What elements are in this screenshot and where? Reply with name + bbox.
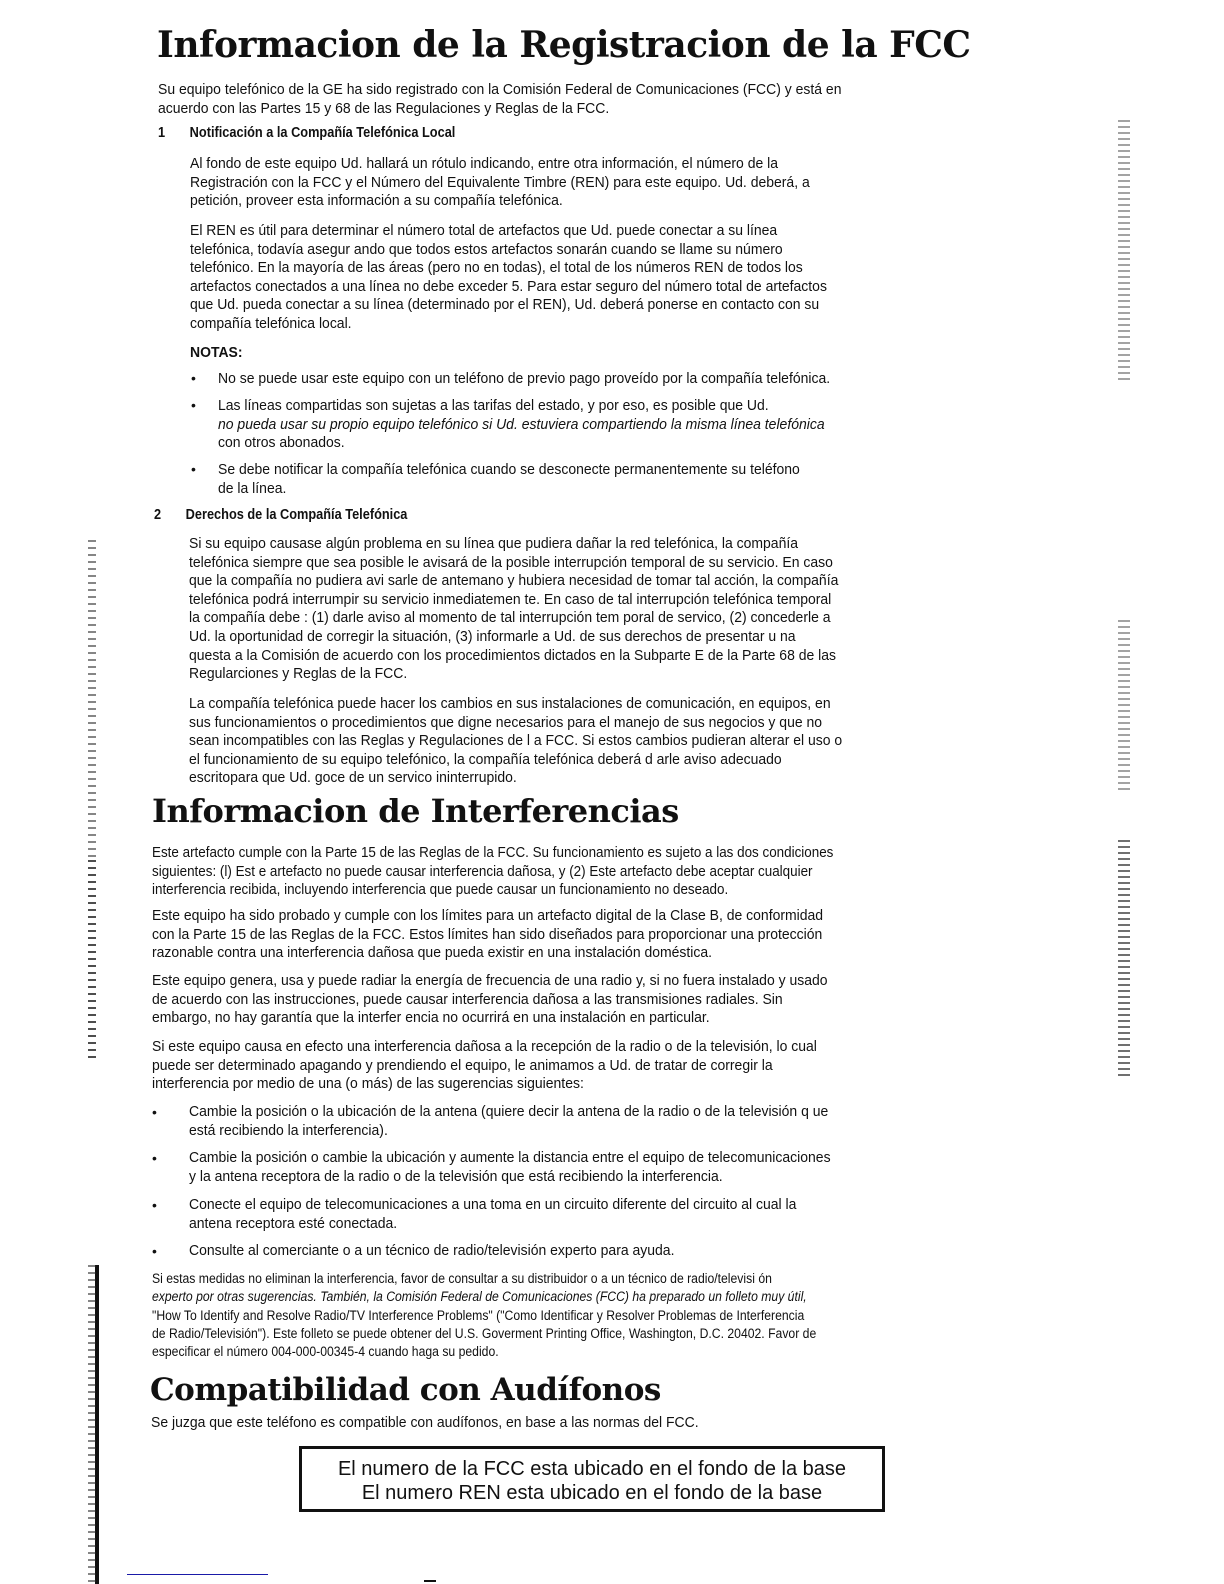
text-line: de acuerdo con las instrucciones, puede … <box>152 991 783 1008</box>
text-line: No se puede usar este equipo con un telé… <box>218 370 830 387</box>
text-line: Si este equipo causa en efecto una inter… <box>152 1038 817 1055</box>
bullet-icon: • <box>152 1243 157 1259</box>
paragraph-parte15: Este artefacto cumple con la Parte 15 de… <box>152 844 833 900</box>
text-line: interferencia recibida, incluyendo inter… <box>152 882 728 898</box>
text-line: embargo, no hay garantía que la interfer… <box>152 1009 710 1026</box>
text-line: Este equipo genera, usa y puede radiar l… <box>152 972 828 989</box>
note-item: No se puede usar este equipo con un telé… <box>218 370 830 389</box>
text-line: La compañía telefónica puede hacer los c… <box>189 695 831 712</box>
suggestion-item: Conecte el equipo de telecomunicaciones … <box>189 1196 796 1233</box>
scan-noise-left <box>88 1265 96 1584</box>
text-line: sus funcionamientos o procedimientos que… <box>189 714 822 731</box>
item-number: 1 <box>158 125 190 141</box>
text-line: Este equipo ha sido probado y cumple con… <box>152 907 823 924</box>
scan-noise-right <box>1118 120 1130 380</box>
text-line: Consulte al comerciante o a un técnico d… <box>189 1242 674 1259</box>
text-line: sean incompatibles con las Reglas y Regu… <box>189 732 842 749</box>
footer-rule <box>127 1574 268 1575</box>
text-line: Ud. la oportunidad de corregir la situac… <box>189 628 796 645</box>
notice-line-ren: El numero REN esta ubicado en el fondo d… <box>302 1481 882 1505</box>
text-line: Si estas medidas no eliminan la interfer… <box>152 1271 772 1287</box>
text-line: acuerdo con las Partes 15 y 68 de las Re… <box>158 100 609 117</box>
text-line: especificar el número 004-000-00345-4 cu… <box>152 1344 499 1360</box>
text-line: de la línea. <box>218 480 286 497</box>
text-line: escritopara que Ud. goce de un servico i… <box>189 769 517 786</box>
paragraph-ren: El REN es útil para determinar el número… <box>190 222 827 334</box>
section-title-fcc-registration: Informacion de la Registracion de la FCC <box>157 24 971 66</box>
bullet-icon: • <box>191 370 196 386</box>
text-line: que la compañía no pudiera avi sarle de … <box>189 572 838 589</box>
item-heading-text: Derechos de la Compañía Telefónica <box>186 507 408 523</box>
section-title-audifonos: Compatibilidad con Audífonos <box>150 1372 661 1408</box>
document-page: Informacion de la Registracion de la FCC… <box>0 0 1224 1584</box>
text-line: y la antena receptora de la radio o de l… <box>189 1168 723 1185</box>
text-line: questa a la Comisión de acuerdo con los … <box>189 647 836 664</box>
bullet-icon: • <box>152 1150 157 1166</box>
text-line: telefónico. En la mayoría de las áreas (… <box>190 259 803 276</box>
suggestion-item: Cambie la posición o cambie la ubicación… <box>189 1149 831 1186</box>
paragraph-radiar: Este equipo genera, usa y puede radiar l… <box>152 972 828 1028</box>
text-line: Este artefacto cumple con la Parte 15 de… <box>152 845 833 861</box>
scan-noise-right <box>1118 840 1130 1080</box>
text-line: con otros abonados. <box>218 434 345 451</box>
paragraph-clase-b: Este equipo ha sido probado y cumple con… <box>152 907 823 963</box>
text-line: petición, proveer esta información a su … <box>190 192 563 209</box>
text-line: Conecte el equipo de telecomunicaciones … <box>189 1196 796 1213</box>
paragraph-corregir: Si este equipo causa en efecto una inter… <box>152 1038 817 1094</box>
text-line: puede ser determinado apagando y prendie… <box>152 1057 773 1074</box>
item-number: 2 <box>154 507 186 523</box>
paragraph-derechos-2: La compañía telefónica puede hacer los c… <box>189 695 842 788</box>
text-line: telefónica, todavía asegur ando que todo… <box>190 241 783 258</box>
notice-box: El numero de la FCC esta ubicado en el f… <box>299 1446 885 1512</box>
text-line: que Ud. pueda conectar a su línea (deter… <box>190 296 819 313</box>
paragraph-derechos-1: Si su equipo causase algún problema en s… <box>189 535 838 684</box>
text-line: siguientes: (l) Est e artefacto no puede… <box>152 864 813 880</box>
text-line: no pueda usar su propio equipo telefónic… <box>218 416 825 433</box>
bullet-icon: • <box>152 1104 157 1120</box>
text-line: Su equipo telefónico de la GE ha sido re… <box>158 81 841 98</box>
paragraph-rotulo: Al fondo de este equipo Ud. hallará un r… <box>190 155 810 211</box>
text-line: Al fondo de este equipo Ud. hallará un r… <box>190 155 778 172</box>
section-title-interferencias: Informacion de Interferencias <box>152 792 679 830</box>
item-heading-notificacion: 1Notificación a la Compañía Telefónica L… <box>158 125 455 141</box>
text-line: de Radio/Televisión"). Este folleto se p… <box>152 1326 816 1342</box>
paragraph-audifonos: Se juzga que este teléfono es compatible… <box>151 1414 699 1433</box>
text-line: telefónica siempre que sea posible le av… <box>189 554 833 571</box>
text-line: la compañía debe : (1) darle aviso al mo… <box>189 609 831 626</box>
suggestion-item: Cambie la posición o la ubicación de la … <box>189 1103 828 1140</box>
text-line: Si su equipo causase algún problema en s… <box>189 535 798 552</box>
text-line: Se debe notificar la compañía telefónica… <box>218 461 800 478</box>
text-line: compañía telefónica local. <box>190 315 352 332</box>
text-line: Cambie la posición o cambie la ubicación… <box>189 1149 831 1166</box>
text-line: El REN es útil para determinar el número… <box>190 222 777 239</box>
bullet-icon: • <box>152 1197 157 1213</box>
text-line: Regularciones y Reglas de la FCC. <box>189 665 407 682</box>
text-line: razonable contra una interferencia daños… <box>152 944 712 961</box>
text-line: telefónica podrá interrumpir su servicio… <box>189 591 831 608</box>
text-line: artefactos conectados a una línea no deb… <box>190 278 827 295</box>
scan-noise-left <box>88 860 96 1060</box>
scan-mark <box>424 1580 436 1582</box>
text-line: Registración con la FCC y el Número del … <box>190 174 810 191</box>
text-line: interferencia por medio de una (o más) d… <box>152 1075 584 1092</box>
note-item: Las líneas compartidas son sujetas a las… <box>218 397 825 453</box>
text-line: Las líneas compartidas son sujetas a las… <box>218 397 769 414</box>
text-line: "How To Identify and Resolve Radio/TV In… <box>152 1308 804 1324</box>
bullet-icon: • <box>191 461 196 477</box>
notes-label: NOTAS: <box>190 344 243 363</box>
scan-noise-right <box>1118 620 1130 790</box>
item-heading-derechos: 2Derechos de la Compañía Telefónica <box>154 507 407 523</box>
text-line: antena receptora esté conectada. <box>189 1215 397 1232</box>
text-line: está recibiendo la interferencia). <box>189 1122 388 1139</box>
scan-noise-left <box>88 540 96 860</box>
paragraph-folleto: Si estas medidas no eliminan la interfer… <box>152 1270 816 1361</box>
suggestion-item: Consulte al comerciante o a un técnico d… <box>189 1242 674 1261</box>
bullet-icon: • <box>191 397 196 413</box>
intro-paragraph: Su equipo telefónico de la GE ha sido re… <box>158 81 841 118</box>
item-heading-text: Notificación a la Compañía Telefónica Lo… <box>190 125 456 141</box>
notice-line-fcc: El numero de la FCC esta ubicado en el f… <box>302 1457 882 1481</box>
note-item: Se debe notificar la compañía telefónica… <box>218 461 800 498</box>
text-line: Cambie la posición o la ubicación de la … <box>189 1103 828 1120</box>
text-line: el funcionamiento de su equipo telefónic… <box>189 751 782 768</box>
text-line: con la Parte 15 de las Reglas de la FCC.… <box>152 926 822 943</box>
text-line: experto por otras sugerencias. También, … <box>152 1289 807 1305</box>
